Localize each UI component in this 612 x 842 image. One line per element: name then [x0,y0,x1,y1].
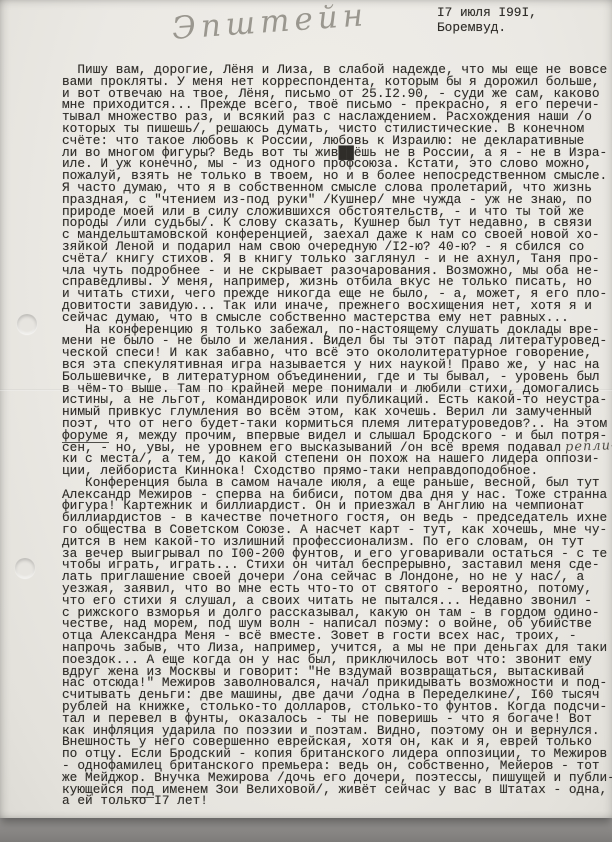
letter-body: Пишу вам, дорогие, Лёня и Лиза, в слабой… [62,64,612,807]
paragraph-2: На конференцию я только забежал, по-наст… [62,324,612,477]
underline-mark-pod [130,797,154,798]
underline-mark-forume [62,442,109,443]
paragraph-1: Пишу вам, дорогие, Лёня и Лиза, в слабой… [62,64,612,324]
handwritten-name-annotation: Эпштейн [171,0,369,47]
letter-page: Эпштейн I7 июля I99I,Боремвуд. Пишу вам,… [0,0,612,818]
punch-hole-top [17,314,37,334]
place-text: Боремвуд. [437,20,506,35]
date-text: I7 июля I99I, [437,5,537,20]
paragraph-3: Конференция была в самом начале июля, а … [62,477,612,807]
dateline: I7 июля I99I,Боремвуд. [437,6,537,35]
handwritten-word-repli: репли- [565,438,612,455]
punch-hole-bottom [15,558,35,578]
